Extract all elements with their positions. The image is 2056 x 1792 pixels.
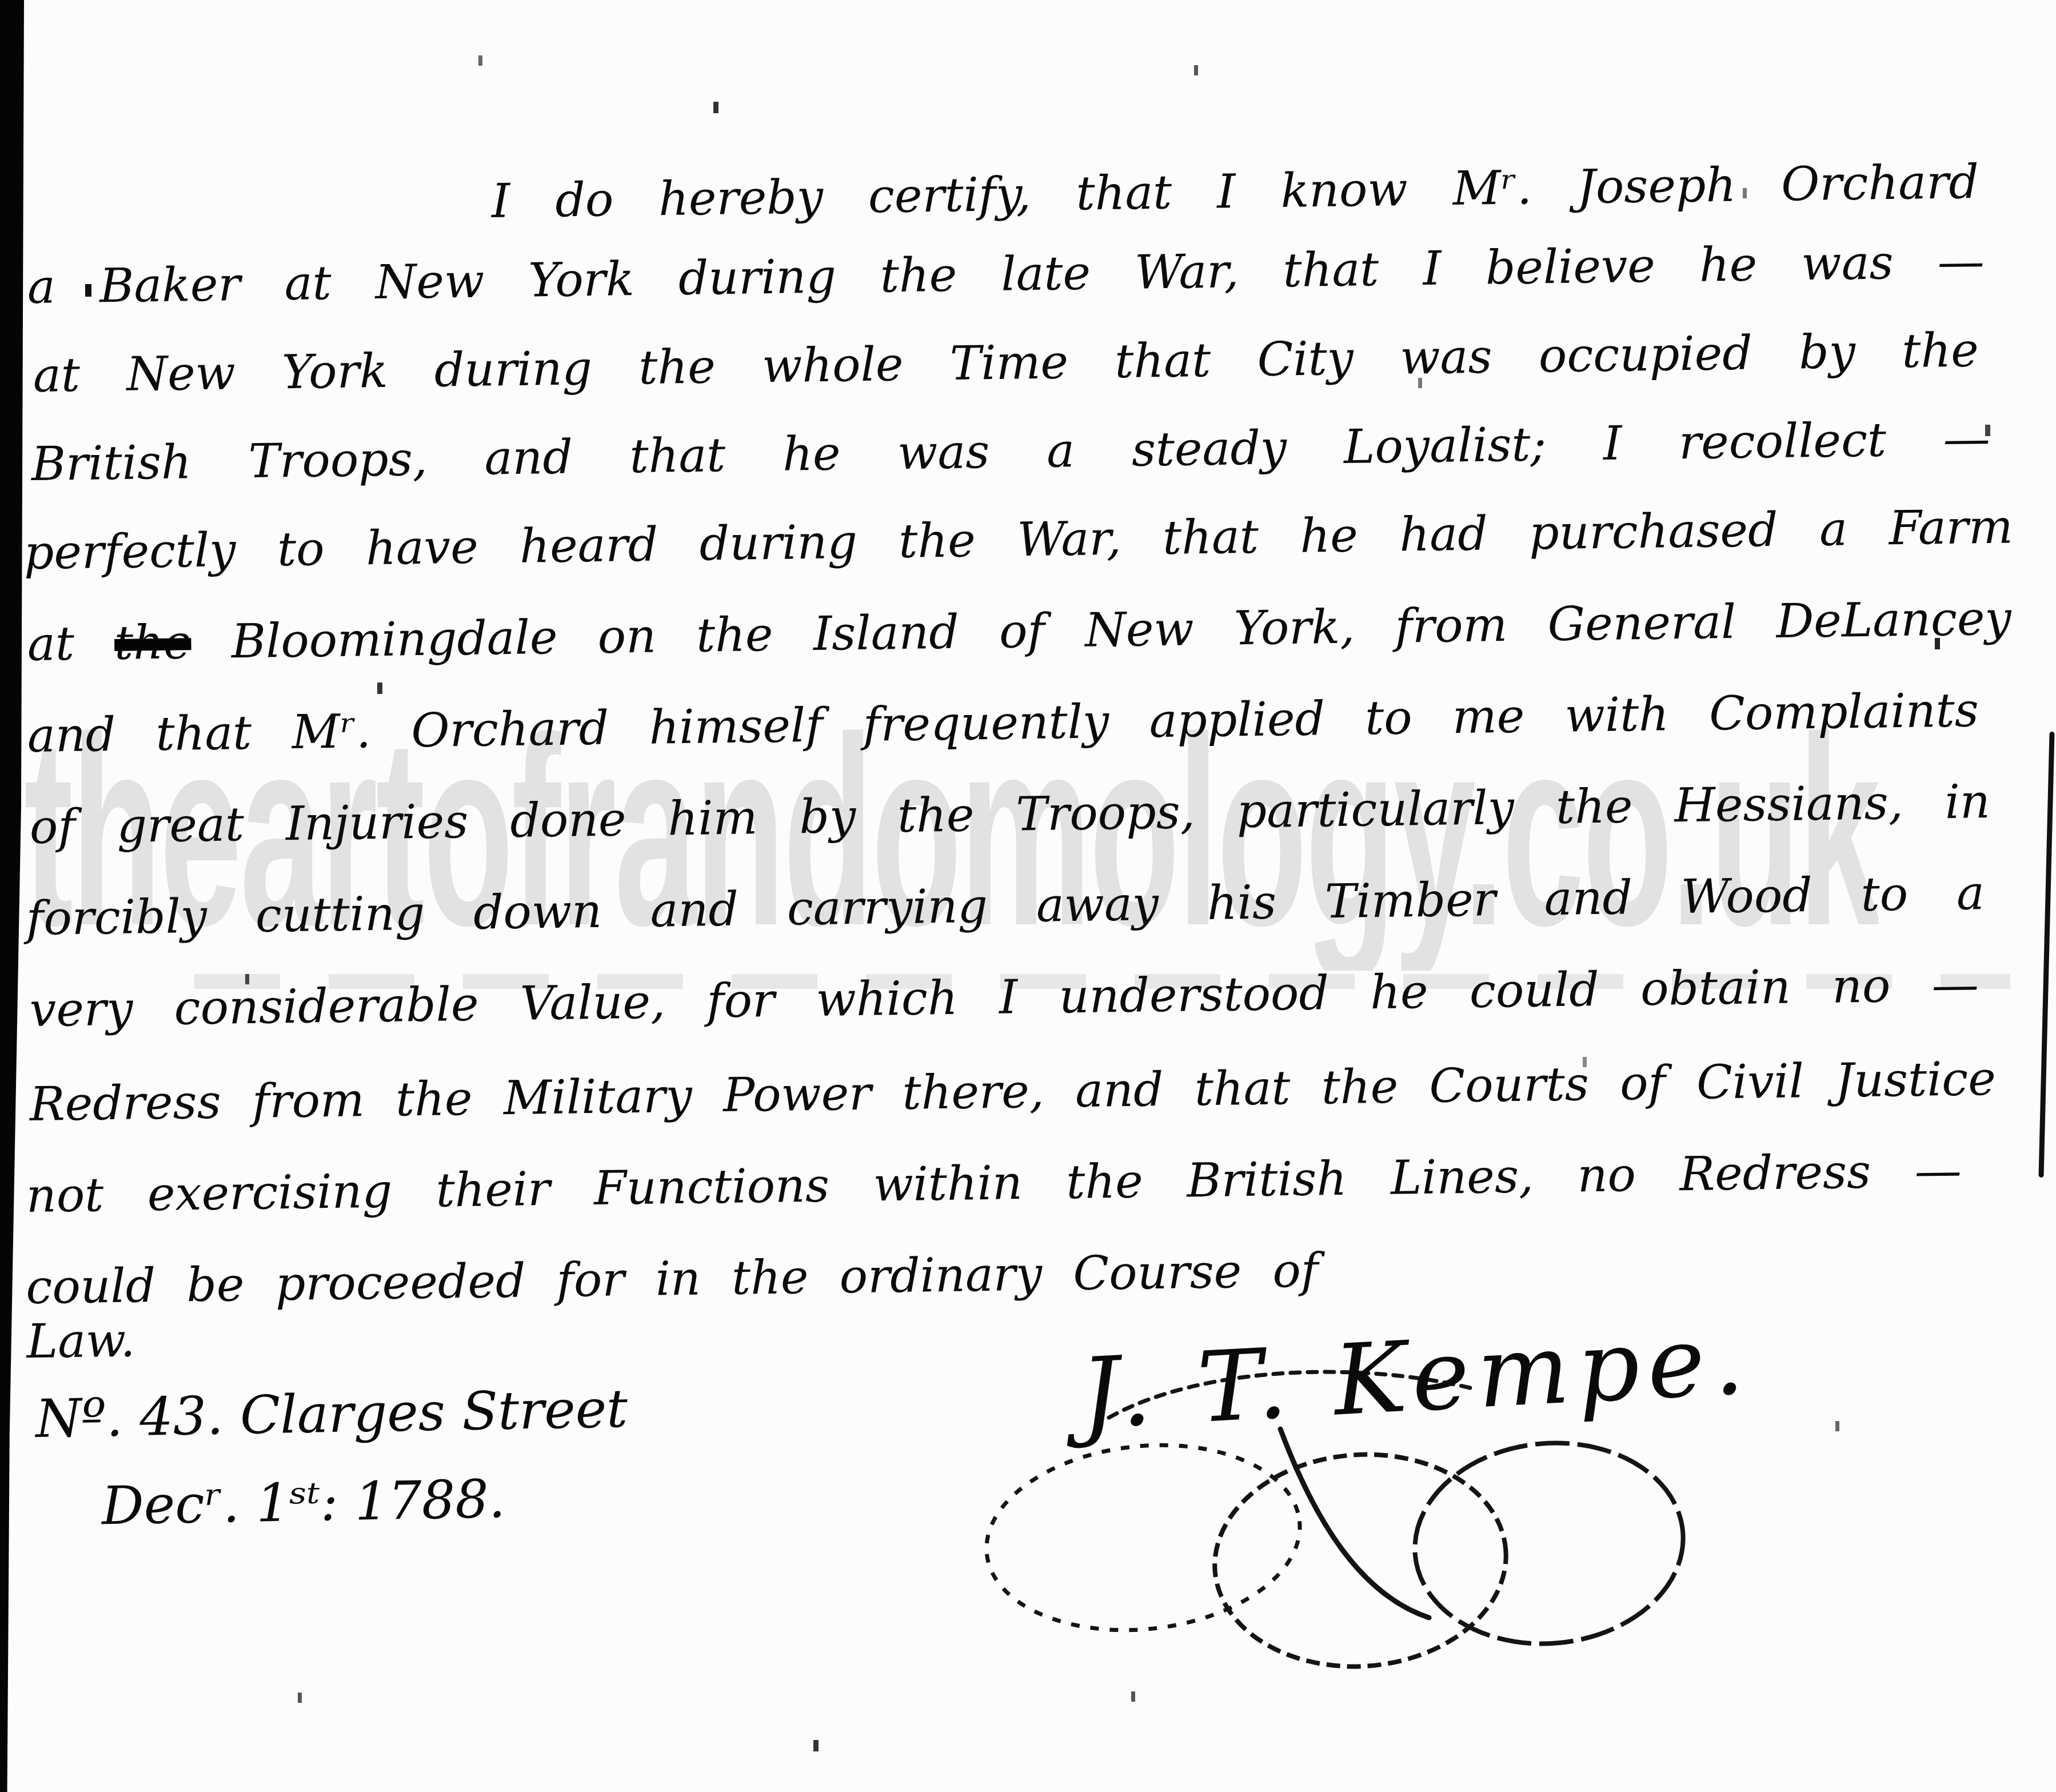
address-line: Nº. 43. Clarges Street <box>35 1378 628 1450</box>
manuscript-line-11: Redress from the Military Power there, a… <box>29 1052 1996 1132</box>
manuscript-line-3: at New York during the whole Time that C… <box>33 323 1979 403</box>
manuscript-line-2: a Baker at New York during the late War,… <box>27 234 1985 314</box>
manuscript-line-5: perfectly to have heard during the War, … <box>23 500 2013 580</box>
manuscript-line-4: British Troops, and that he was a steady… <box>31 412 1990 492</box>
scan-edge-artifact-left <box>0 0 24 1792</box>
manuscript-line-1: I do hereby certify, that I know Mʳ. Jos… <box>491 155 1979 229</box>
date-line: Decʳ. 1ˢᵗ: 1788. <box>101 1468 506 1536</box>
line-6-text-end: Bloomingdale on the Island of New York, … <box>191 592 2011 670</box>
manuscript-line-6: at the Bloomingdale on the Island of New… <box>27 592 2011 672</box>
scan-edge-artifact-right <box>2038 732 2054 1178</box>
line-6-text-start: at <box>27 616 114 672</box>
manuscript-line-12: not exercising their Functions within th… <box>26 1144 1962 1223</box>
manuscript-page: theartofrandomology.co.uk I do hereby ce… <box>0 0 2056 1792</box>
struck-out-word: the <box>114 615 192 670</box>
